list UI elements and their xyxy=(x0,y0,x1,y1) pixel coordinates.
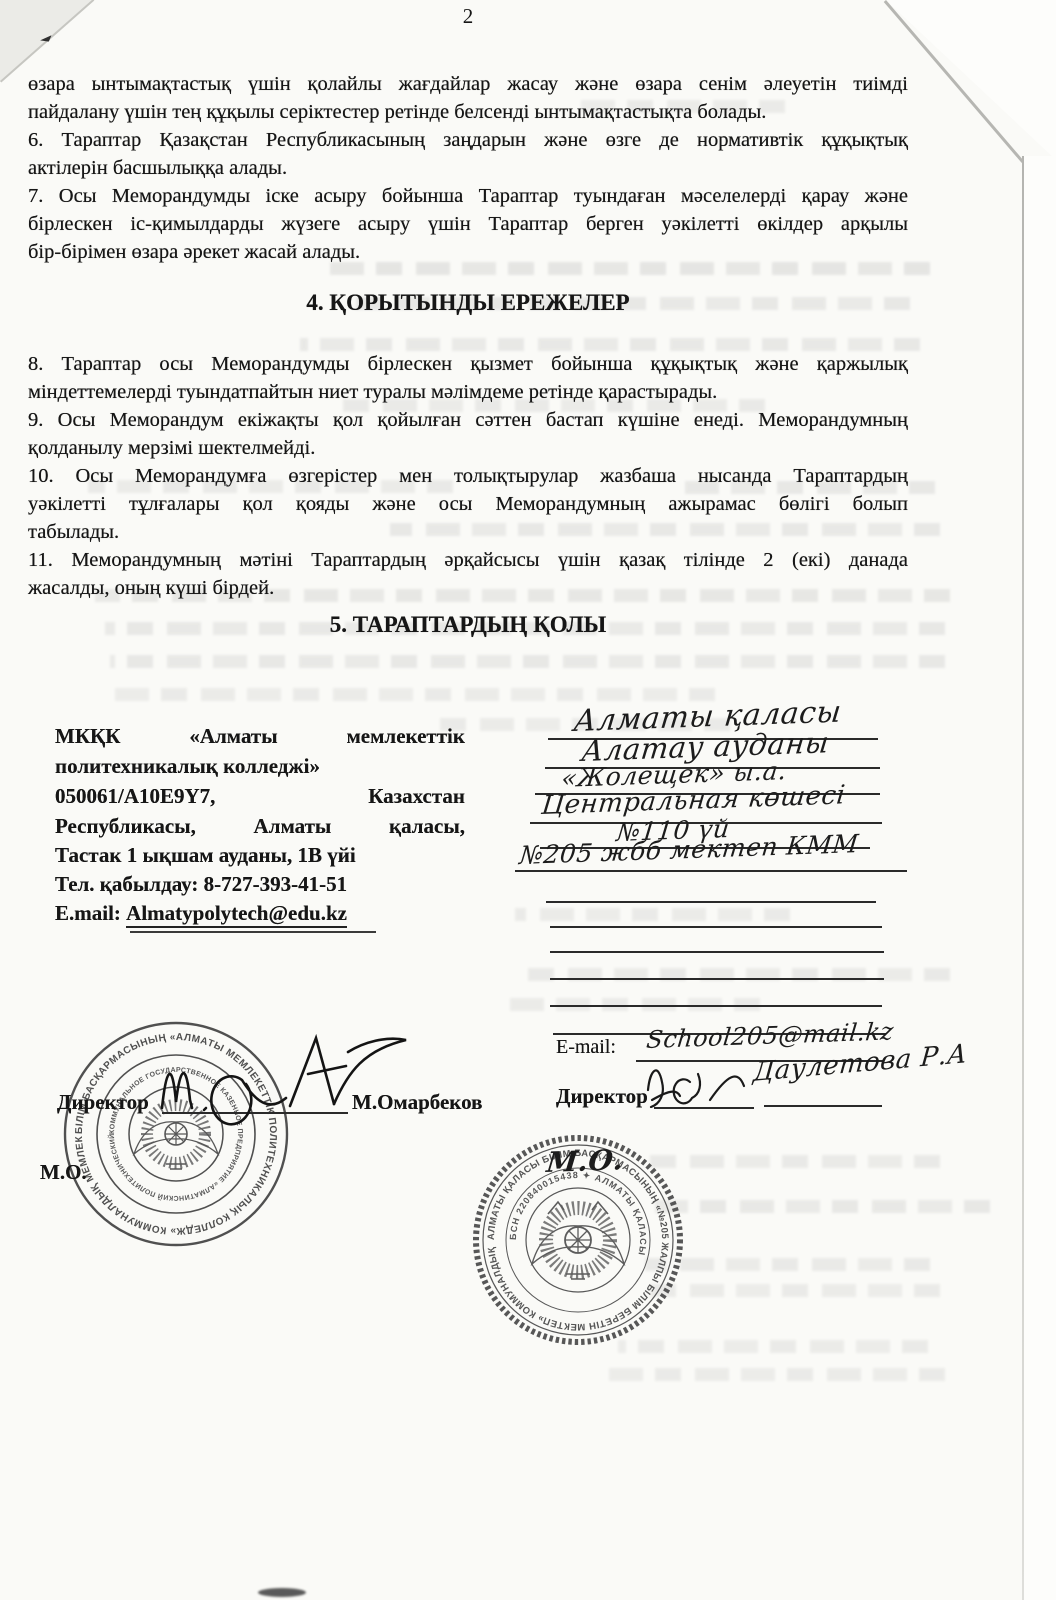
body-line: 11. Меморандумның мәтіні Тараптардың әрқ… xyxy=(28,546,908,574)
folded-corner-top-right xyxy=(886,0,1056,160)
body-line: 7. Осы Меморандумды іске асыру бойынша Т… xyxy=(28,182,908,210)
ink-smudge xyxy=(258,1588,306,1597)
org-line: Тел. қабылдау: 8-727-393-41-51 xyxy=(55,870,465,899)
bleed-through-artifact xyxy=(115,688,715,701)
org-line: Тастак 1 ықшам ауданы, 1В үйі xyxy=(55,841,465,870)
ruled-line-blank xyxy=(550,978,884,980)
body-line: бір-бірімен өзара әрекет жасай алады. xyxy=(28,238,908,266)
body-line: міндеттемелерді туындатпайтын ниет турал… xyxy=(28,378,908,406)
body-line: уәкілетті тұлғалары қол қояды және осы М… xyxy=(28,490,908,518)
ruled-line-blank xyxy=(546,901,876,903)
seal-note: М.О. xyxy=(40,1160,87,1185)
body-line: өзара ынтымақтастық үшін қолайлы жағдайл… xyxy=(28,70,908,98)
section-heading-5: 5. ТАРАПТАРДЫҢ ҚОЛЫ xyxy=(28,612,908,638)
handwritten-line: №205 жбб мектеп КММ xyxy=(518,829,860,870)
ruled-line-blank xyxy=(550,926,882,928)
page-edge-strip xyxy=(1024,156,1056,1600)
bleed-through-artifact xyxy=(515,908,790,921)
seal-note-handwritten: М.О. xyxy=(545,1143,625,1179)
director-label: Директор xyxy=(556,1084,648,1109)
email-address: Almatypolytech@edu.kz xyxy=(126,901,347,928)
scanned-document-page: 2 өзара ынтымақтастық үшін қолайлы жағда… xyxy=(0,0,1056,1600)
org-line: политехникалық колледжі» xyxy=(55,752,465,781)
section-heading-4: 4. ҚОРЫТЫНДЫ ЕРЕЖЕЛЕР xyxy=(28,290,908,316)
body-line: қолданылу мерзімі шектелмейді. xyxy=(28,434,908,462)
body-line: пайдалану үшін тең құқылы серіктестер ре… xyxy=(28,98,908,126)
body-line: 8. Тараптар осы Меморандумды бірлескен қ… xyxy=(28,350,908,378)
director-signature-left xyxy=(150,1028,420,1128)
body-line: 10. Осы Меморандумға өзгерістер мен толы… xyxy=(28,462,908,490)
page-number: 2 xyxy=(28,4,908,29)
org-line: 050061/A10E9Y7, Казахстан xyxy=(55,782,465,811)
ruled-line-blank xyxy=(550,951,884,953)
director-signature-right xyxy=(638,1048,758,1108)
body-line: жасалды, оның күші бірдей. xyxy=(28,574,908,602)
email-label: E-mail: xyxy=(556,1036,616,1059)
ruled-line xyxy=(515,870,907,872)
org-email-line: E.mail: Almatypolytech@edu.kz xyxy=(55,899,465,928)
bleed-through-artifact xyxy=(655,1200,990,1213)
body-line: бірлескен іс-қимылдарды жүзеге асыру үші… xyxy=(28,210,908,238)
bleed-through-artifact xyxy=(600,1368,945,1381)
stamp-emblem xyxy=(532,1202,624,1279)
body-line: 6. Тараптар Қазақстан Республикасының за… xyxy=(28,126,908,154)
ruled-line-blank xyxy=(550,1005,882,1007)
ruled-line xyxy=(764,1105,882,1107)
director-label: Директор xyxy=(57,1090,149,1115)
underline xyxy=(130,931,376,933)
body-line: 9. Осы Меморандум екіжақты қол қойылған … xyxy=(28,406,908,434)
bleed-through-artifact xyxy=(110,655,945,668)
email-label: E.mail: xyxy=(55,901,121,925)
body-line: табылады. xyxy=(28,518,908,546)
org-line: Республикасы, Алматы қаласы, xyxy=(55,812,465,841)
org-line: МКҚК «Алматы мемлекеттік xyxy=(55,722,465,751)
body-line: актілерін басшылыққа алады. xyxy=(28,154,908,182)
